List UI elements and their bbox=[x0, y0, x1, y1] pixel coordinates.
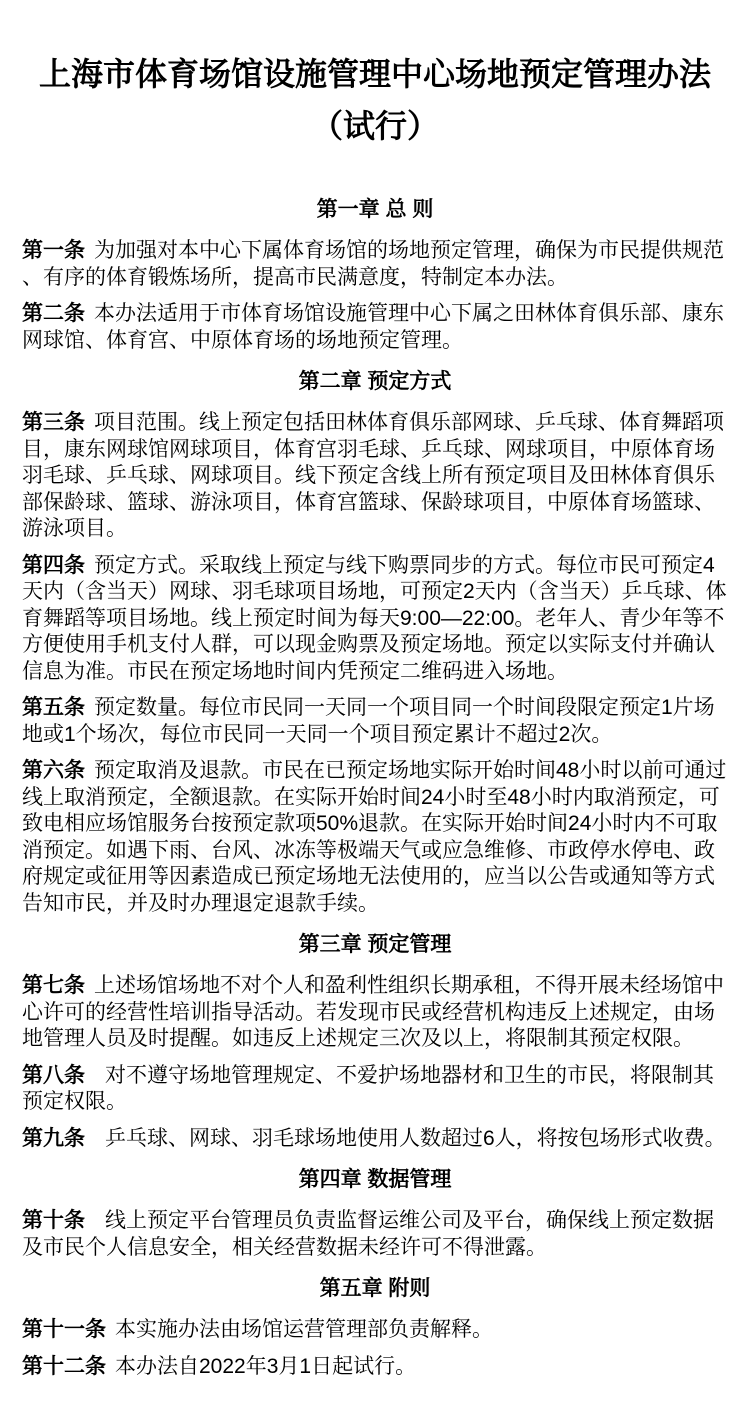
article-2-text: 本办法适用于市体育场馆设施管理中心下属之田林体育俱乐部、康东网球馆、体育宫、中原… bbox=[22, 302, 724, 352]
document-body: 第一章 总 则 第一条为加强对本中心下属体育场馆的场地预定管理，确保为市民提供规… bbox=[22, 196, 728, 1380]
article-7-text: 上述场馆场地不对个人和盈利性组织长期承租，不得开展未经场馆中心许可的经营性培训指… bbox=[22, 974, 724, 1050]
article-8: 第八条对不遵守场地管理规定、不爱护场地器材和卫生的市民，将限制其预定权限。 bbox=[22, 1063, 728, 1116]
article-2-label: 第二条 bbox=[22, 302, 85, 325]
article-9: 第九条乒乓球、网球、羽毛球场地使用人数超过6人，将按包场形式收费。 bbox=[22, 1126, 728, 1153]
article-12: 第十二条本办法自2022年3月1日起试行。 bbox=[22, 1354, 728, 1381]
article-5-text: 预定数量。每位市民同一天同一个项目同一个时间段限定预定1片场地或1个场次，每位市… bbox=[22, 696, 715, 746]
chapter-heading-4: 第四章 数据管理 bbox=[22, 1166, 728, 1193]
chapter-heading-3: 第三章 预定管理 bbox=[22, 931, 728, 958]
article-2: 第二条本办法适用于市体育场馆设施管理中心下属之田林体育俱乐部、康东网球馆、体育宫… bbox=[22, 301, 728, 354]
article-7-label: 第七条 bbox=[22, 974, 85, 997]
chapter-heading-1: 第一章 总 则 bbox=[22, 196, 728, 223]
article-9-text: 乒乓球、网球、羽毛球场地使用人数超过6人，将按包场形式收费。 bbox=[105, 1127, 726, 1150]
document-header: 上海市体育场馆设施管理中心场地预定管理办法 （试行） bbox=[22, 48, 728, 152]
article-11-label: 第十一条 bbox=[22, 1318, 106, 1341]
article-6-label: 第六条 bbox=[22, 759, 85, 782]
article-12-text: 本办法自2022年3月1日起试行。 bbox=[115, 1355, 416, 1378]
article-4-text: 预定方式。采取线上预定与线下购票同步的方式。每位市民可预定4天内（含当天）网球、… bbox=[22, 554, 727, 683]
article-1-label: 第一条 bbox=[22, 239, 85, 262]
article-9-label: 第九条 bbox=[22, 1127, 85, 1150]
article-10: 第十条线上预定平台管理员负责监督运维公司及平台，确保线上预定数据及市民个人信息安… bbox=[22, 1208, 728, 1261]
article-1-text: 为加强对本中心下属体育场馆的场地预定管理，确保为市民提供规范、有序的体育锻炼场所… bbox=[22, 239, 724, 289]
doc-title: 上海市体育场馆设施管理中心场地预定管理办法 bbox=[22, 48, 728, 100]
article-6: 第六条预定取消及退款。市民在已预定场地实际开始时间48小时以前可通过线上取消预定… bbox=[22, 758, 728, 917]
article-1: 第一条为加强对本中心下属体育场馆的场地预定管理，确保为市民提供规范、有序的体育锻… bbox=[22, 238, 728, 291]
article-4-label: 第四条 bbox=[22, 554, 85, 577]
article-11-text: 本实施办法由场馆运营管理部负责解释。 bbox=[115, 1318, 493, 1341]
article-12-label: 第十二条 bbox=[22, 1355, 106, 1378]
article-8-text: 对不遵守场地管理规定、不爱护场地器材和卫生的市民，将限制其预定权限。 bbox=[22, 1064, 714, 1114]
document-page: { "page": { "background_color": "#ffffff… bbox=[0, 0, 750, 1420]
article-11: 第十一条本实施办法由场馆运营管理部负责解释。 bbox=[22, 1317, 728, 1344]
article-3-text: 项目范围。线上预定包括田林体育俱乐部网球、乒乓球、体育舞蹈项目，康东网球馆网球项… bbox=[22, 411, 724, 540]
article-6-text: 预定取消及退款。市民在已预定场地实际开始时间48小时以前可通过线上取消预定，全额… bbox=[22, 759, 726, 915]
article-3: 第三条项目范围。线上预定包括田林体育俱乐部网球、乒乓球、体育舞蹈项目，康东网球馆… bbox=[22, 410, 728, 543]
doc-subtitle: （试行） bbox=[22, 100, 728, 152]
chapter-heading-5: 第五章 附则 bbox=[22, 1275, 728, 1302]
article-3-label: 第三条 bbox=[22, 411, 85, 434]
article-10-label: 第十条 bbox=[22, 1209, 85, 1232]
article-5-label: 第五条 bbox=[22, 696, 85, 719]
article-8-label: 第八条 bbox=[22, 1064, 85, 1087]
article-5: 第五条预定数量。每位市民同一天同一个项目同一个时间段限定预定1片场地或1个场次，… bbox=[22, 695, 728, 748]
article-10-text: 线上预定平台管理员负责监督运维公司及平台，确保线上预定数据及市民个人信息安全，相… bbox=[22, 1209, 714, 1259]
article-7: 第七条上述场馆场地不对个人和盈利性组织长期承租，不得开展未经场馆中心许可的经营性… bbox=[22, 973, 728, 1053]
chapter-heading-2: 第二章 预定方式 bbox=[22, 368, 728, 395]
article-4: 第四条预定方式。采取线上预定与线下购票同步的方式。每位市民可预定4天内（含当天）… bbox=[22, 553, 728, 686]
